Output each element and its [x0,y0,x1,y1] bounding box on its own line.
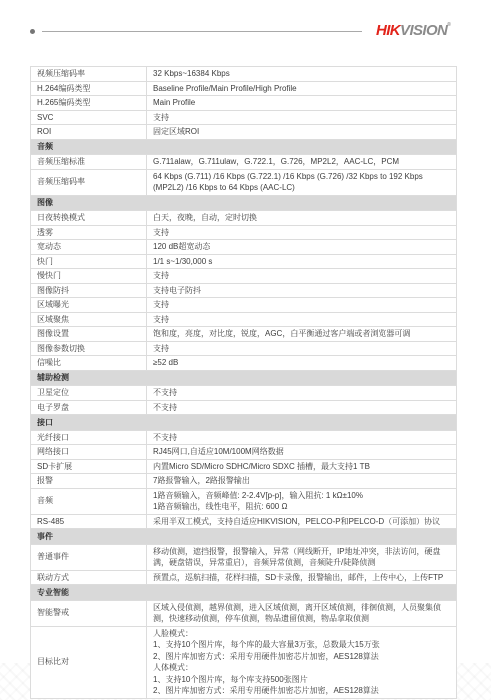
row-value: 支持 [147,312,457,327]
row-value: 支持 [147,341,457,356]
row-value-line: 1路音频输出，线性电平，阻抗: 600 Ω [153,501,450,513]
row-value-line: 采用半双工模式，支持自适应HIKVISION，PELCO-P和PELCO-D（可… [153,516,450,528]
row-value-line: 120 dB超宽动态 [153,241,450,253]
section-header: 专业智能 [31,585,457,601]
row-value: 支持 [147,269,457,284]
section-header: 音频 [31,139,457,155]
divider-line [42,31,362,32]
row-label: 音频 [31,488,147,514]
section-header: 事件 [31,529,457,545]
row-value: 支持 [147,110,457,125]
section-header-row: 图像 [31,195,457,211]
row-label: 卫星定位 [31,386,147,401]
row-value: 白天，夜晚，自动，定时切换 [147,211,457,226]
row-value-line: 1路音频输入，音频峰值: 2-2.4V[p-p]，输入阻抗: 1 kΩ±10% [153,490,450,502]
hikvision-logo: HIKVISION® [376,22,450,39]
table-row: 普通事件移动侦测，遮挡报警，报警输入，异常（网线断开，IP地址冲突，非法访问，硬… [31,544,457,570]
table-row: 音频压缩码率64 Kbps (G.711) /16 Kbps (G.722.1)… [31,169,457,195]
row-value-line: G.711alaw，G.711ulaw，G.722.1，G.726，MP2L2，… [153,156,450,168]
table-row: 信噪比≥52 dB [31,356,457,371]
section-header: 接口 [31,415,457,431]
row-value: 移动侦测，遮挡报警，报警输入，异常（网线断开，IP地址冲突，非法访问，硬盘满，硬… [147,544,457,570]
row-value-line: 1/1 s~1/30,000 s [153,256,450,268]
row-value-line: 1、支持10个图片库，每个库的最大容量3万张，总数最大15万张 [153,639,450,651]
row-value-line: 移动侦测，遮挡报警，报警输入，异常（网线断开，IP地址冲突，非法访问，硬盘满，硬… [153,546,450,569]
row-value-line: 支持 [153,314,450,326]
row-value: 不支持 [147,430,457,445]
table-row: 透雾支持 [31,225,457,240]
table-row: 卫星定位不支持 [31,386,457,401]
section-header-row: 事件 [31,529,457,545]
row-value-line: 1、支持10个图片库，每个库支持500张图片 [153,674,450,686]
row-value-line: 支持 [153,227,450,239]
row-value: 人脸模式：1、支持10个图片库，每个库的最大容量3万张，总数最大15万张2、图片… [147,626,457,698]
row-label: 普通事件 [31,544,147,570]
table-row: 电子罗盘不支持 [31,400,457,415]
row-label: 图像设置 [31,327,147,342]
row-value-line: 预置点，巡航扫描，花样扫描，SD卡录像，报警输出，邮件，上传中心，上传FTP [153,572,450,584]
row-label: 宽动态 [31,240,147,255]
row-label: 音频压缩标准 [31,155,147,170]
section-header-row: 辅助检测 [31,370,457,386]
row-label: 图像防抖 [31,283,147,298]
row-value: 7路报警输入，2路报警输出 [147,474,457,489]
row-label: 快门 [31,254,147,269]
row-label: 区域聚焦 [31,312,147,327]
row-value: G.711alaw，G.711ulaw，G.722.1，G.726，MP2L2，… [147,155,457,170]
table-row: 图像设置饱和度，亮度，对比度，锐度，AGC，白平衡通过客户端或者浏览器可调 [31,327,457,342]
logo-vision-text: VISION [400,22,447,39]
row-value-line: 固定区域ROI [153,126,450,138]
row-label: H.265编码类型 [31,96,147,111]
row-label: H.264编码类型 [31,81,147,96]
logo-hik-text: HIK [376,22,400,39]
row-value: 支持 [147,225,457,240]
page-header: HIKVISION® [0,0,491,50]
row-label: 透雾 [31,225,147,240]
row-label: 电子罗盘 [31,400,147,415]
row-value-line: 内置Micro SD/Micro SDHC/Micro SDXC 插槽，最大支持… [153,461,450,473]
section-header: 图像 [31,195,457,211]
row-label: 图像参数切换 [31,341,147,356]
row-value: 120 dB超宽动态 [147,240,457,255]
row-label: RS-485 [31,514,147,529]
row-value-line: 不支持 [153,387,450,399]
row-value: ≥52 dB [147,356,457,371]
table-row: 报警7路报警输入，2路报警输出 [31,474,457,489]
table-row: 光纤接口不支持 [31,430,457,445]
row-value-line: 不支持 [153,432,450,444]
table-row: 音频压缩标准G.711alaw，G.711ulaw，G.722.1，G.726，… [31,155,457,170]
row-label: 区域曝光 [31,298,147,313]
section-header-row: 接口 [31,415,457,431]
row-value: 不支持 [147,400,457,415]
row-value: Baseline Profile/Main Profile/High Profi… [147,81,457,96]
table-row: SD卡扩展内置Micro SD/Micro SDHC/Micro SDXC 插槽… [31,459,457,474]
row-value-line: 饱和度，亮度，对比度，锐度，AGC，白平衡通过客户端或者浏览器可调 [153,328,450,340]
row-value: 不支持 [147,386,457,401]
table-row: RS-485采用半双工模式，支持自适应HIKVISION，PELCO-P和PEL… [31,514,457,529]
row-value-line: 白天，夜晚，自动，定时切换 [153,212,450,224]
section-header: 辅助检测 [31,370,457,386]
table-row: ROI固定区域ROI [31,125,457,140]
bullet-dot [30,29,35,34]
row-value: 区域入侵侦测，越界侦测，进入区域侦测，离开区域侦测，徘徊侦测，人员聚集侦测，快速… [147,600,457,626]
table-row: 联动方式预置点，巡航扫描，花样扫描，SD卡录像，报警输出，邮件，上传中心，上传F… [31,570,457,585]
row-value-line: Main Profile [153,97,450,109]
row-value: 饱和度，亮度，对比度，锐度，AGC，白平衡通过客户端或者浏览器可调 [147,327,457,342]
row-value: Main Profile [147,96,457,111]
table-row: 网络接口RJ45网口,自适应10M/100M网络数据 [31,445,457,460]
row-value-line: RJ45网口,自适应10M/100M网络数据 [153,446,450,458]
spec-table: 视频压缩码率32 Kbps~16384 KbpsH.264编码类型Baselin… [30,66,457,699]
row-value-line: 人体模式： [153,662,450,674]
row-value-line: 2、图片库加密方式：采用专用硬件加密芯片加密，AES128算法 [153,651,450,663]
row-label: 音频压缩码率 [31,169,147,195]
table-row: 智能警戒区域入侵侦测，越界侦测，进入区域侦测，离开区域侦测，徘徊侦测，人员聚集侦… [31,600,457,626]
row-value: 内置Micro SD/Micro SDHC/Micro SDXC 插槽，最大支持… [147,459,457,474]
row-label: 日夜转换模式 [31,211,147,226]
row-label: 视频压缩码率 [31,67,147,82]
table-row: H.265编码类型Main Profile [31,96,457,111]
row-value: 固定区域ROI [147,125,457,140]
table-row: 视频压缩码率32 Kbps~16384 Kbps [31,67,457,82]
table-row: 日夜转换模式白天，夜晚，自动，定时切换 [31,211,457,226]
table-row: 快门1/1 s~1/30,000 s [31,254,457,269]
row-value: 采用半双工模式，支持自适应HIKVISION，PELCO-P和PELCO-D（可… [147,514,457,529]
table-row: SVC支持 [31,110,457,125]
table-row: H.264编码类型Baseline Profile/Main Profile/H… [31,81,457,96]
row-value-line: 不支持 [153,402,450,414]
row-value-line: 7路报警输入，2路报警输出 [153,475,450,487]
row-label: ROI [31,125,147,140]
table-row: 音频1路音频输入，音频峰值: 2-2.4V[p-p]，输入阻抗: 1 kΩ±10… [31,488,457,514]
row-value-line: 支持 [153,270,450,282]
row-label: SVC [31,110,147,125]
row-value: 支持电子防抖 [147,283,457,298]
row-label: SD卡扩展 [31,459,147,474]
row-value: 1路音频输入，音频峰值: 2-2.4V[p-p]，输入阻抗: 1 kΩ±10%1… [147,488,457,514]
row-value: RJ45网口,自适应10M/100M网络数据 [147,445,457,460]
registered-mark-icon: ® [447,22,450,28]
row-value-line: Baseline Profile/Main Profile/High Profi… [153,83,450,95]
table-row: 图像防抖支持电子防抖 [31,283,457,298]
row-value-line: 2、图片库加密方式：采用专用硬件加密芯片加密，AES128算法 [153,685,450,697]
row-value-line: ≥52 dB [153,357,450,369]
table-row: 区域聚焦支持 [31,312,457,327]
row-value: 1/1 s~1/30,000 s [147,254,457,269]
section-header-row: 音频 [31,139,457,155]
table-row: 区域曝光支持 [31,298,457,313]
table-row: 宽动态120 dB超宽动态 [31,240,457,255]
row-value: 32 Kbps~16384 Kbps [147,67,457,82]
row-value: 支持 [147,298,457,313]
row-value-line: 支持 [153,299,450,311]
row-label: 光纤接口 [31,430,147,445]
section-header-row: 专业智能 [31,585,457,601]
row-value-line: 32 Kbps~16384 Kbps [153,68,450,80]
table-row: 图像参数切换支持 [31,341,457,356]
row-value: 预置点，巡航扫描，花样扫描，SD卡录像，报警输出，邮件，上传中心，上传FTP [147,570,457,585]
row-value-line: 支持电子防抖 [153,285,450,297]
row-value-line: 人脸模式： [153,628,450,640]
row-label: 目标比对 [31,626,147,698]
row-value-line: 64 Kbps (G.711) /16 Kbps (G.722.1) /16 K… [153,171,450,194]
spec-table-body: 视频压缩码率32 Kbps~16384 KbpsH.264编码类型Baselin… [31,67,457,699]
row-label: 慢快门 [31,269,147,284]
row-value-line: 区域入侵侦测，越界侦测，进入区域侦测，离开区域侦测，徘徊侦测，人员聚集侦测，快速… [153,602,450,625]
row-label: 信噪比 [31,356,147,371]
row-label: 智能警戒 [31,600,147,626]
row-value-line: 支持 [153,112,450,124]
row-label: 报警 [31,474,147,489]
table-row: 目标比对人脸模式：1、支持10个图片库，每个库的最大容量3万张，总数最大15万张… [31,626,457,698]
row-label: 联动方式 [31,570,147,585]
row-label: 网络接口 [31,445,147,460]
table-row: 慢快门支持 [31,269,457,284]
row-value: 64 Kbps (G.711) /16 Kbps (G.722.1) /16 K… [147,169,457,195]
row-value-line: 支持 [153,343,450,355]
